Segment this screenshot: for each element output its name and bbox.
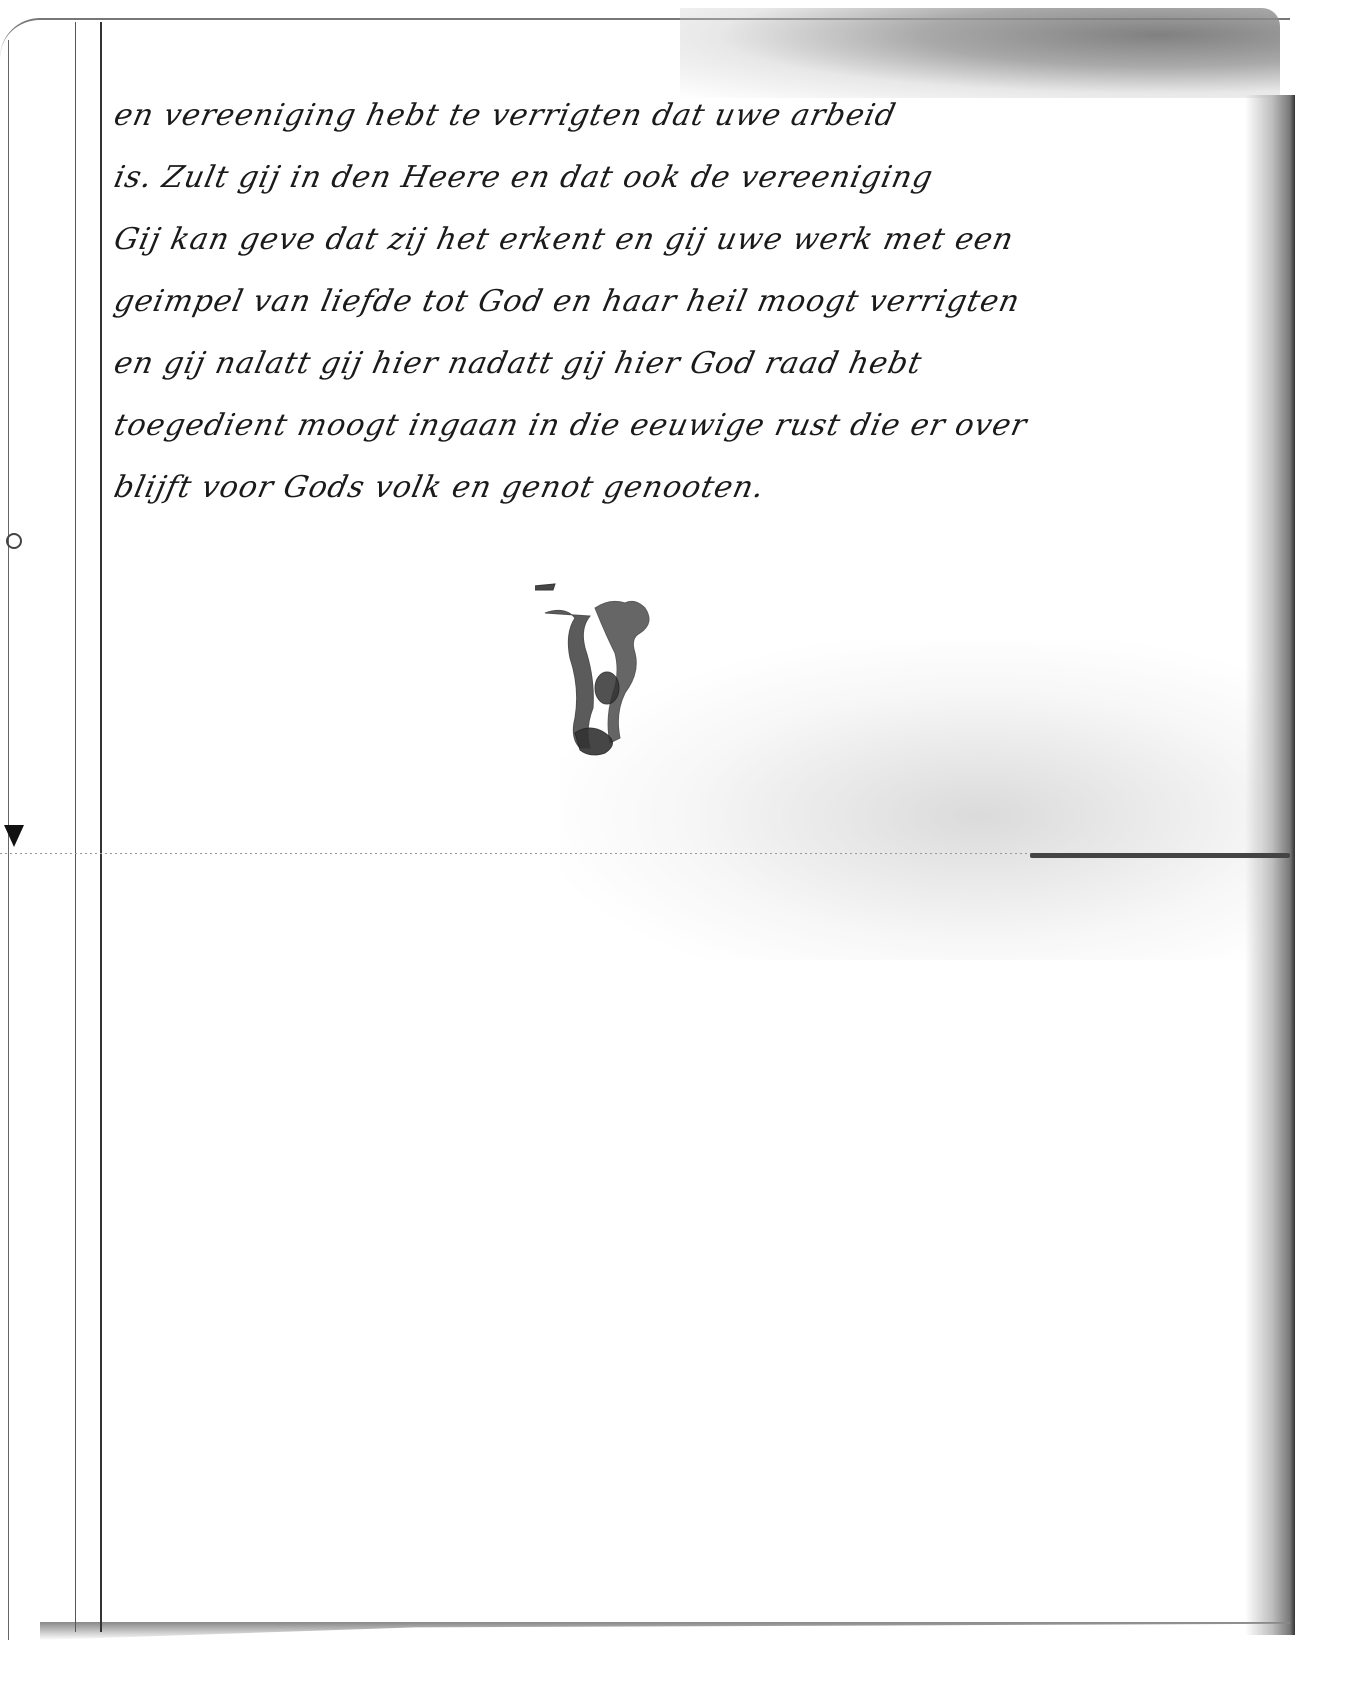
- text-line: geimpel van liefde tot God en haar heil …: [108, 271, 1261, 333]
- text-line: en gij nalatt gij hier nadatt gij hier G…: [108, 333, 1261, 395]
- handwritten-text: en vereeniging hebt te verrigten dat uwe…: [108, 85, 1248, 519]
- text-line: toegedient moogt ingaan in die eeuwige r…: [108, 395, 1261, 457]
- triangle-marker-icon: [4, 825, 24, 847]
- binding-hole-icon: [6, 533, 22, 549]
- text-line: Gij kan geve dat zij het erkent en gij u…: [108, 209, 1261, 271]
- paper-stain: [560, 640, 1260, 960]
- text-line: blijft voor Gods volk en genot genooten.: [108, 457, 1261, 519]
- fold-tear: [1030, 853, 1290, 858]
- text-line: en vereeniging hebt te verrigten dat uwe…: [108, 85, 1261, 147]
- margin-line: [75, 22, 76, 1632]
- text-line: is. Zult gij in den Heere en dat ook de …: [108, 147, 1261, 209]
- decorative-vignette-icon: [535, 578, 665, 758]
- margin-line: [100, 22, 102, 1632]
